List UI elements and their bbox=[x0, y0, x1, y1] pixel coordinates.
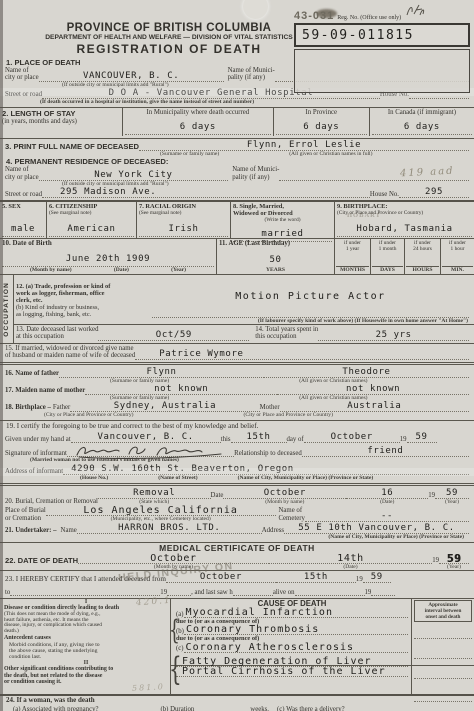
brace-icon: { bbox=[169, 615, 180, 647]
s9-value: Hobard, Tasmania bbox=[356, 224, 452, 234]
med-title: MEDICAL CERTIFICATE OF DEATH bbox=[0, 543, 474, 554]
s19-relationship-value: friend bbox=[367, 447, 403, 456]
s9-heading: 9. BIRTHPLACE: bbox=[337, 203, 472, 210]
s5-value: male bbox=[11, 224, 35, 234]
interval-field bbox=[414, 693, 472, 702]
scan-edge-left bbox=[0, 0, 3, 711]
section-22-date-of-death: 22. DATE OF DEATH October (Month by name… bbox=[0, 554, 474, 570]
s13-value: Oct/59 bbox=[156, 331, 192, 340]
s20-cemetery-label: Name of Cemetery bbox=[276, 507, 305, 522]
s11-unit: YEARS bbox=[219, 267, 332, 273]
s9-ghost-imprint: HOBART bbox=[347, 212, 381, 219]
s19-signature-label: Signature of informant bbox=[5, 450, 67, 457]
interval-field bbox=[414, 630, 472, 639]
cause-a-value: Myocardial Infarction bbox=[186, 608, 333, 617]
s23-y2-field bbox=[167, 587, 191, 596]
s10-note1: (Month by name) bbox=[30, 267, 72, 273]
section-3-full-name: 3. PRINT FULL NAME OF DECEASED Flynn, Er… bbox=[0, 138, 474, 157]
s19-year-value: 59 bbox=[415, 433, 427, 442]
s19-addr-note3: (Name of City, Municipality or Place) (P… bbox=[238, 475, 374, 481]
s10-note2: (Date) bbox=[114, 267, 129, 273]
s22-year-value: 59 bbox=[447, 554, 461, 563]
s6-heading: 6. CITIZENSHIP bbox=[49, 203, 134, 210]
s23-year-value: 59 bbox=[371, 573, 383, 582]
s1-street-value: D O A - Vancouver General Hospital bbox=[109, 89, 314, 98]
s17-note1: (Surname or family name) bbox=[110, 395, 169, 401]
s1-street-note: (If death occurred in a hospital or inst… bbox=[0, 99, 474, 105]
s11-col1-top: if under 1 year bbox=[336, 240, 369, 252]
s18-mother-value: Australia bbox=[347, 402, 401, 411]
s7-value: Irish bbox=[168, 224, 198, 234]
s20-year-prefix: 19 bbox=[428, 492, 435, 505]
s20-month-value: October bbox=[264, 489, 306, 498]
s23-alive-label: alive on bbox=[273, 589, 295, 596]
s22-year-note: (Year) bbox=[447, 564, 461, 570]
reg-no-label: Reg. No. (Office use only) bbox=[337, 15, 401, 22]
s1-street-label: Street or road bbox=[5, 91, 42, 98]
s6-value: American bbox=[67, 224, 115, 234]
section-16-18-parents: 16. Name of father Flynn Theodore (Surna… bbox=[0, 365, 474, 420]
s17-note2: (All given or Christian names) bbox=[299, 395, 367, 401]
s4-muni-label: Name of Munici- pality (if any) bbox=[228, 166, 279, 181]
s11-heading: 11. AGE (Last Birthday) bbox=[219, 240, 332, 247]
s21-address-note: (Name of City, Municipality or Place) (P… bbox=[0, 534, 474, 540]
s6-note: (See marginal note) bbox=[49, 210, 134, 216]
s17-value2: not known bbox=[346, 385, 400, 394]
section-12: 12. (a) Trade, profession or kind of wor… bbox=[14, 275, 474, 318]
s16-label: 16. Name of father bbox=[5, 370, 59, 377]
s3-value: Flynn, Errol Leslie bbox=[247, 141, 361, 150]
s11-value: 50 bbox=[269, 255, 281, 265]
s4-city-value: New York City bbox=[94, 171, 172, 180]
s4-heading: 4. PERMANENT RESIDENCE OF DECEASED: bbox=[0, 157, 474, 166]
s18-mother-label: Mother bbox=[260, 404, 280, 411]
s19-dayof-label: day of bbox=[287, 436, 304, 443]
s22-day-value: 14th bbox=[337, 554, 363, 563]
s4-house-label: House No. bbox=[370, 191, 399, 198]
s20-value: Removal bbox=[133, 489, 175, 498]
form-code-stamp: 43-031 bbox=[294, 10, 334, 22]
s20-label: 20. Burial, Cremation or Removal bbox=[5, 498, 98, 505]
s16-note1: (Surname or family name) bbox=[110, 378, 169, 384]
s19-year-prefix: 19 bbox=[400, 436, 407, 443]
s2-col1-label: In Municipality where death occurred bbox=[125, 109, 271, 116]
s12-note: (If labourer specify kind of work above)… bbox=[14, 318, 474, 325]
cause-interval-column: Approximate interval between onset and d… bbox=[414, 600, 472, 711]
s4-muni-field: 419 aad bbox=[279, 172, 469, 181]
interval-field bbox=[414, 650, 472, 659]
s16-value2: Theodore bbox=[342, 368, 390, 377]
s11-col2-top: if under 1 month bbox=[372, 240, 403, 252]
s19-given-label: Given under my hand at bbox=[5, 436, 71, 443]
s21-label: 21. Undertaker: – bbox=[5, 527, 57, 534]
s20-cemetery-value: -- bbox=[381, 512, 393, 521]
s19-address-label: Address of informant bbox=[5, 468, 63, 475]
s19-certify-text: 19. I certify the foregoing to be true a… bbox=[0, 423, 474, 430]
section-23-attendance: 23. I HEREBY CERTIFY that I attended dec… bbox=[0, 570, 474, 598]
s22-month-value: October bbox=[150, 554, 196, 563]
s24-c-field bbox=[345, 704, 405, 711]
s11-col3-top: if under 24 hours bbox=[406, 240, 439, 252]
s19-this-label: this bbox=[221, 436, 231, 443]
s2-col2-label: In Province bbox=[276, 109, 367, 116]
s8-heading: 8. Single, Married, Widowed or Divorced bbox=[233, 203, 332, 217]
death-certificate-scan: 43-031 Reg. No. (Office use only) 59-09-… bbox=[0, 0, 474, 711]
s21-address-value: 55 E 10th Vancouver, B. C. bbox=[298, 524, 454, 533]
s10-heading: 10. Date of Birth bbox=[2, 240, 214, 247]
s22-heading: 22. DATE OF DEATH bbox=[5, 556, 78, 570]
occupation-side-text: OCCUPATION bbox=[3, 282, 10, 337]
medical-certificate-header: MEDICAL CERTIFICATE OF DEATH bbox=[0, 542, 474, 554]
s3-heading: 3. PRINT FULL NAME OF DECEASED bbox=[5, 142, 139, 151]
s12a-label: 12. (a) Trade, profession or kind of wor… bbox=[16, 283, 110, 304]
cause-of-death-table: I Disease or condition directly leading … bbox=[0, 598, 474, 694]
s2-value2: 6 days bbox=[303, 122, 339, 132]
section-10-11: 10. Date of Birth June 20th 1909 (Month … bbox=[0, 238, 474, 274]
s2-heading: 2. LENGTH OF STAY bbox=[2, 109, 120, 118]
s23-y3-field bbox=[371, 587, 395, 596]
s19-addr-note1: (House No.) bbox=[80, 475, 108, 481]
section-4-residence: 4. PERMANENT RESIDENCE OF DECEASED: Name… bbox=[0, 157, 474, 198]
s11-col4-bottom: MIN. bbox=[442, 266, 473, 273]
s11-col2-bottom: DAYS bbox=[372, 266, 403, 273]
s15-label: 15. If married, widowed or divorced give… bbox=[5, 345, 135, 360]
s10-note3: (Year) bbox=[171, 267, 186, 273]
s24-a-label: (a) Associated with pregnancy? bbox=[5, 706, 99, 711]
cause-other1-value: Fatty Degeneration of Liver bbox=[182, 657, 372, 666]
cause-l1-note: (This does not mean the mode of dying, e… bbox=[4, 612, 168, 636]
cause-b-value: Coronary Thrombosis bbox=[186, 625, 319, 634]
s20-year-value: 59 bbox=[446, 489, 458, 498]
s14-label: 14. Total years spent in this occupation bbox=[249, 326, 318, 341]
form-title: REGISTRATION OF DEATH bbox=[38, 42, 300, 56]
s12b-label: (b) Kind of industry or business, as log… bbox=[16, 304, 99, 318]
s4-muni-handwriting: 419 aad bbox=[400, 166, 455, 180]
s2-sub: (in years, months and days) bbox=[2, 118, 120, 125]
cause-interval-label: Approximate interval between onset and d… bbox=[414, 600, 472, 622]
s7-note: (See marginal note) bbox=[139, 210, 228, 216]
s23-to-field bbox=[10, 587, 160, 596]
s2-value3: 6 days bbox=[404, 122, 440, 132]
reg-no-box: 59-09-011815 bbox=[294, 23, 470, 47]
s14-value: 25 yrs bbox=[376, 331, 412, 340]
section-15: 15. If married, widowed or divorced give… bbox=[0, 343, 474, 362]
s24-b-label: (b) Duration bbox=[161, 706, 195, 711]
s20-date-label: Date bbox=[211, 492, 224, 505]
s4-street-label: Street or road bbox=[5, 191, 42, 198]
s15-value: Patrice Wymore bbox=[159, 350, 243, 359]
s12a-value: Motion Picture Actor bbox=[235, 292, 385, 301]
s4-house-value: 295 bbox=[425, 188, 443, 197]
s23-h-field bbox=[233, 587, 273, 596]
s4-street-value: 295 Madison Ave. bbox=[60, 188, 156, 197]
s20-day-value: 16 bbox=[381, 489, 393, 498]
cause-vline-right bbox=[411, 599, 412, 694]
section-2-length-of-stay: 2. LENGTH OF STAY (in years, months and … bbox=[0, 107, 474, 136]
s3-note2: (All given or Christian names in full) bbox=[289, 151, 372, 157]
interval-field bbox=[414, 670, 472, 679]
cause-c-value: Coronary Atherosclerosis bbox=[186, 643, 355, 652]
s1-city-value: VANCOUVER, B. C. bbox=[83, 72, 179, 81]
s23-y3: 19 bbox=[365, 589, 372, 596]
s2-value1: 6 days bbox=[180, 122, 216, 132]
s19-addr-note2: (Name of Street) bbox=[158, 475, 197, 481]
s20-place-note: (Municipality, etc., where Cemetery loca… bbox=[111, 516, 211, 522]
s11-col1-bottom: MONTHS bbox=[336, 266, 369, 273]
s21-name-label: Name bbox=[57, 527, 77, 534]
s4-city-label: Name of city or place bbox=[5, 166, 39, 181]
s8-value: married bbox=[261, 229, 303, 239]
s20-day-note: (Date) bbox=[380, 499, 394, 505]
s24-line1: 24. If a woman, was the death bbox=[0, 697, 474, 704]
s21-address-label: Address bbox=[262, 527, 284, 534]
s19-address-value: 4290 S.W. 160th St. Beaverton, Oregon bbox=[71, 465, 294, 474]
s23-mid: , and last saw h bbox=[191, 589, 233, 596]
s23-alive-field bbox=[295, 587, 365, 596]
occupation-block: OCCUPATION 12. (a) Trade, profession or … bbox=[0, 274, 474, 343]
s17-label: 17. Maiden name of mother bbox=[5, 387, 85, 394]
section-19-certification: 19. I certify the foregoing to be true a… bbox=[0, 420, 474, 483]
section-24: 24. If a woman, was the death (a) Associ… bbox=[0, 694, 474, 711]
cause-l2-head: Antecedent causes bbox=[4, 635, 168, 642]
s24-c-label: (c) Was there a delivery? bbox=[269, 706, 345, 711]
s18-father-note: (City or Place and Province or Country) bbox=[44, 412, 133, 418]
handwritten-scribble-icon bbox=[404, 3, 426, 19]
reg-no-value: 59-09-011815 bbox=[302, 31, 414, 40]
s18-label: 18. Birthplace – bbox=[5, 404, 51, 411]
s22-day-note: (Date) bbox=[343, 564, 357, 570]
s24-weeks-label: weeks. bbox=[250, 706, 269, 711]
s18-father-value: Sydney, Australia bbox=[114, 402, 216, 411]
s23-day-value: 15th bbox=[304, 573, 328, 582]
s23-year-prefix: 19 bbox=[356, 576, 363, 583]
s11-col3-bottom: HOURS bbox=[406, 266, 439, 273]
s1-city-label: Name of city or place bbox=[5, 67, 39, 82]
s20-place-label: Place of Burial or Cremation bbox=[5, 507, 46, 522]
brace-icon: { bbox=[169, 650, 182, 688]
s19-given-place: Vancouver, B. C. bbox=[98, 433, 194, 442]
s24-b-field bbox=[194, 704, 250, 711]
s19-day-value: 15th bbox=[246, 433, 270, 442]
s18-mother-note: (City or Place and Province or Country) bbox=[243, 412, 332, 418]
pencil-code-2: 581.0 bbox=[132, 682, 165, 693]
cause-left-column: I Disease or condition directly leading … bbox=[4, 599, 168, 685]
s20-place-value: Los Angeles California bbox=[83, 506, 237, 515]
informant-signature bbox=[71, 443, 241, 459]
s20-year-note: (Year) bbox=[445, 499, 459, 505]
province-title: PROVINCE OF BRITISH COLUMBIA bbox=[38, 22, 300, 34]
s7-heading: 7. RACIAL ORIGIN bbox=[139, 203, 228, 210]
cause-l2: Morbid conditions, if any, giving rise t… bbox=[4, 642, 168, 661]
s19-month-value: October bbox=[331, 433, 373, 442]
s16-value1: Flynn bbox=[146, 368, 176, 377]
s18-father-label: Father bbox=[51, 404, 70, 411]
s5-heading: 5. SEX bbox=[2, 203, 44, 210]
s20-month-note: (Month by name) bbox=[265, 499, 304, 505]
s10-value: June 20th 1909 bbox=[66, 254, 150, 264]
reg-empty-box bbox=[294, 49, 470, 93]
section-20-21-burial: 20. Burial, Cremation or Removal Removal… bbox=[0, 486, 474, 542]
cause-other2-value: Portal Cirrhosis of the Liver bbox=[182, 667, 386, 676]
s22-year-prefix: 19 bbox=[432, 557, 439, 570]
s16-note2: (All given or Christian names) bbox=[299, 378, 367, 384]
s23-y2: 19 bbox=[160, 589, 167, 596]
department-title: DEPARTMENT OF HEALTH AND WELFARE — DIVIS… bbox=[38, 34, 300, 42]
section-5-9-table: 5. SEX male 6. CITIZENSHIP (See marginal… bbox=[0, 200, 474, 238]
s2-col3-label: In Canada (if immigrant) bbox=[372, 109, 472, 116]
s1-muni-label: Name of Munici- pality (if any) bbox=[224, 67, 275, 82]
s3-note1: (Surname or family name) bbox=[160, 151, 219, 157]
s17-value1: not known bbox=[154, 385, 208, 394]
interval-field bbox=[414, 707, 472, 711]
section-13-14: 13. Date deceased last worked at this oc… bbox=[14, 325, 474, 343]
cause-middle-column: CAUSE OF DEATH (a) Myocardial Infarction… bbox=[176, 599, 408, 677]
s24-a-field bbox=[99, 704, 161, 711]
registration-area: 43-031 Reg. No. (Office use only) 59-09-… bbox=[294, 3, 470, 93]
s21-name-value: HARRON BROS. LTD. bbox=[118, 524, 220, 533]
s13-label: 13. Date deceased last worked at this oc… bbox=[16, 326, 98, 341]
s11-col4-top: if under 1 hour bbox=[442, 240, 473, 252]
s19-relationship-label: Relationship to deceased bbox=[234, 450, 302, 457]
